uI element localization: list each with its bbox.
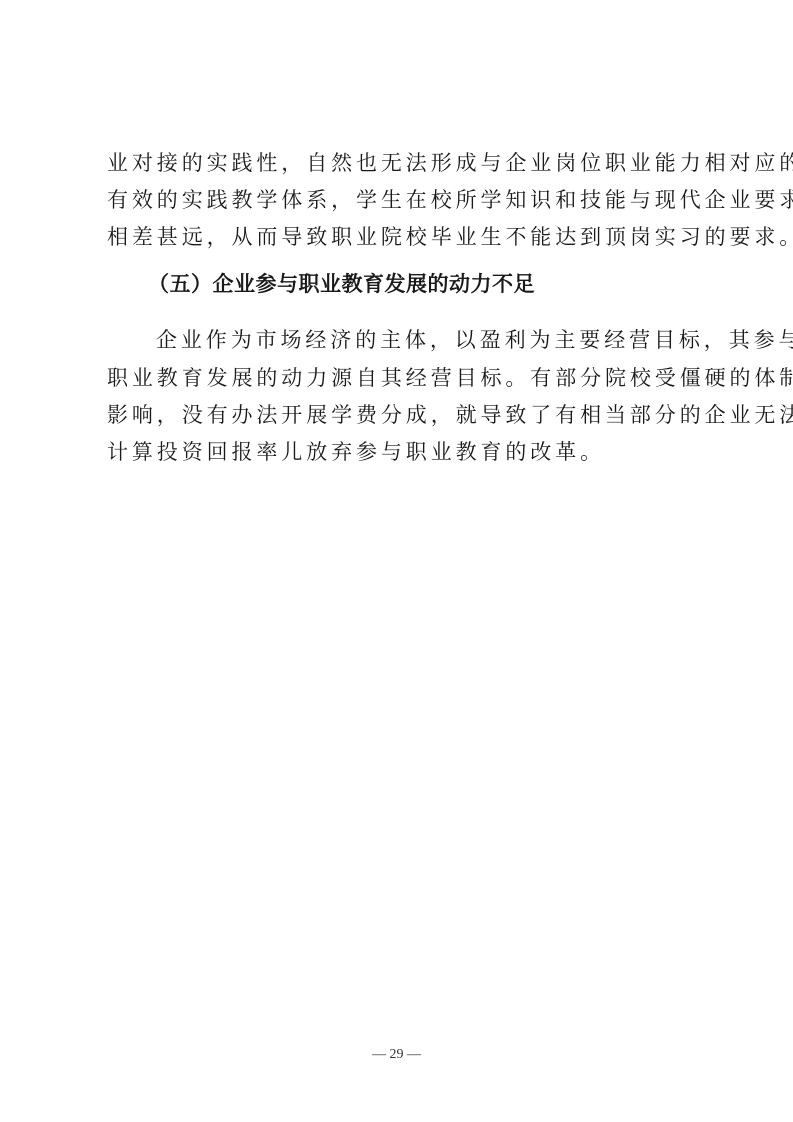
paragraph-line: 业对接的实践性，自然也无法形成与企业岗位职业能力相对应的	[107, 150, 707, 176]
document-page: 业对接的实践性，自然也无法形成与企业岗位职业能力相对应的 有效的实践教学体系，学…	[0, 0, 793, 1122]
paragraph-line: 企业作为市场经济的主体，以盈利为主要经营目标，其参与	[156, 327, 756, 353]
paragraph-line: 有效的实践教学体系，学生在校所学知识和技能与现代企业要求	[107, 187, 707, 213]
section-heading: （五）企业参与职业教育发展的动力不足	[148, 271, 535, 297]
paragraph-line: 相差甚远，从而导致职业院校毕业生不能达到顶岗实习的要求。	[107, 224, 707, 250]
paragraph-line: 计算投资回报率儿放弃参与职业教育的改革。	[107, 439, 707, 465]
page-number: — 29 —	[0, 1047, 793, 1063]
paragraph-line: 影响，没有办法开展学费分成，就导致了有相当部分的企业无法	[107, 402, 707, 428]
paragraph-line: 职业教育发展的动力源自其经营目标。有部分院校受僵硬的体制	[107, 365, 707, 391]
